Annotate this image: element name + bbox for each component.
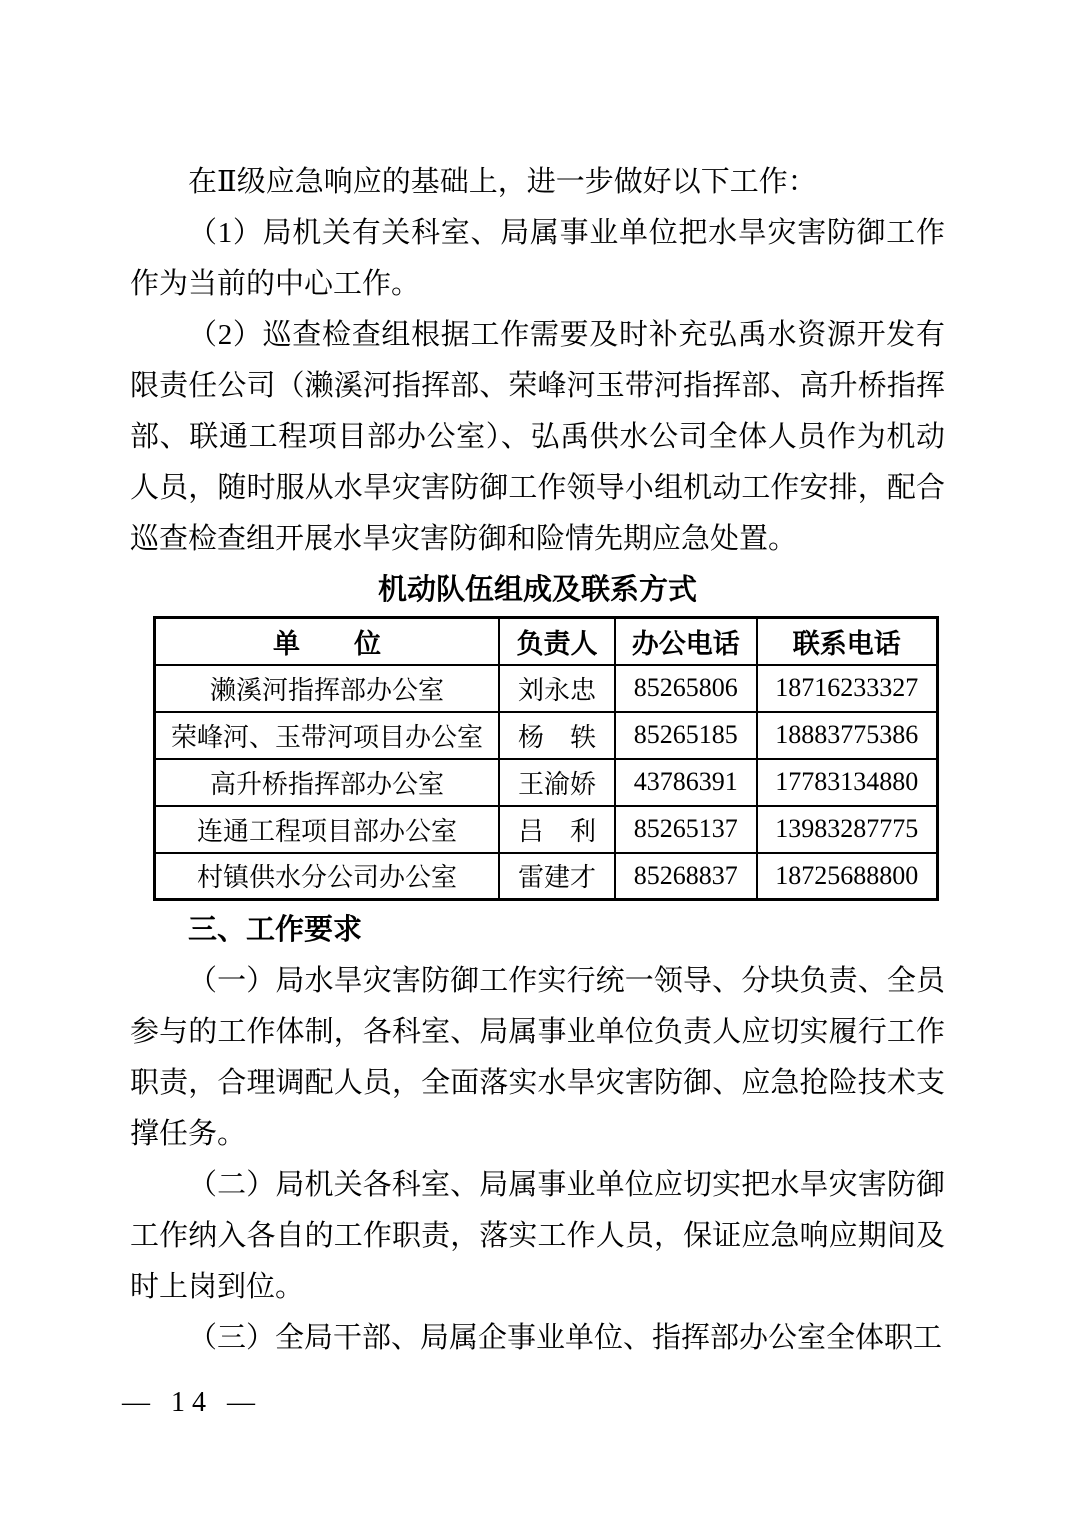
table-row: 荣峰河、玉带河项目办公室 杨 轶 85265185 18883775386 — [155, 712, 938, 759]
cell-unit: 高升桥指挥部办公室 — [155, 759, 500, 806]
cell-office-phone: 85265137 — [615, 806, 757, 853]
cell-contact-phone: 18716233327 — [757, 665, 938, 712]
document-content: 在Ⅱ级应急响应的基础上，进一步做好以下工作： （1）局机关有关科室、局属事业单位… — [130, 0, 945, 1364]
cell-person: 吕 利 — [499, 806, 615, 853]
cell-person: 雷建才 — [499, 853, 615, 900]
cell-unit: 村镇供水分公司办公室 — [155, 853, 500, 900]
cell-unit: 荣峰河、玉带河项目办公室 — [155, 712, 500, 759]
paragraph-item-5: （三）全局干部、局属企事业单位、指挥部办公室全体职工 — [130, 1313, 945, 1364]
column-header-person: 负责人 — [499, 618, 615, 665]
document-page: 在Ⅱ级应急响应的基础上，进一步做好以下工作： （1）局机关有关科室、局属事业单位… — [0, 0, 1074, 1520]
cell-contact-phone: 18725688800 — [757, 853, 938, 900]
cell-office-phone: 85268837 — [615, 853, 757, 900]
table-row: 连通工程项目部办公室 吕 利 85265137 13983287775 — [155, 806, 938, 853]
table-row: 村镇供水分公司办公室 雷建才 85268837 18725688800 — [155, 853, 938, 900]
cell-contact-phone: 17783134880 — [757, 759, 938, 806]
paragraph-item-3: （一）局水旱灾害防御工作实行统一领导、分块负责、全员参与的工作体制，各科室、局属… — [130, 956, 945, 1160]
table-header-row: 单 位 负责人 办公电话 联系电话 — [155, 618, 938, 665]
paragraph-item-1: （1）局机关有关科室、局属事业单位把水旱灾害防御工作作为当前的中心工作。 — [130, 208, 945, 310]
paragraph-intro: 在Ⅱ级应急响应的基础上，进一步做好以下工作： — [130, 157, 945, 208]
cell-person: 刘永忠 — [499, 665, 615, 712]
cell-contact-phone: 18883775386 — [757, 712, 938, 759]
cell-office-phone: 85265806 — [615, 665, 757, 712]
section-heading: 三、工作要求 — [130, 905, 945, 956]
table-row: 高升桥指挥部办公室 王渝娇 43786391 17783134880 — [155, 759, 938, 806]
paragraph-item-2: （2）巡查检查组根据工作需要及时补充弘禹水资源开发有限责任公司（濑溪河指挥部、荣… — [130, 310, 945, 565]
cell-unit: 濑溪河指挥部办公室 — [155, 665, 500, 712]
page-number: — 14 — — [122, 1387, 262, 1419]
paragraph-item-4: （二）局机关各科室、局属事业单位应切实把水旱灾害防御工作纳入各自的工作职责，落实… — [130, 1160, 945, 1313]
cell-office-phone: 85265185 — [615, 712, 757, 759]
cell-person: 杨 轶 — [499, 712, 615, 759]
table-row: 濑溪河指挥部办公室 刘永忠 85265806 18716233327 — [155, 665, 938, 712]
table-title: 机动队伍组成及联系方式 — [130, 565, 945, 616]
cell-unit: 连通工程项目部办公室 — [155, 806, 500, 853]
column-header-unit: 单 位 — [155, 618, 500, 665]
cell-contact-phone: 13983287775 — [757, 806, 938, 853]
column-header-contact-phone: 联系电话 — [757, 618, 938, 665]
cell-office-phone: 43786391 — [615, 759, 757, 806]
cell-person: 王渝娇 — [499, 759, 615, 806]
column-header-office-phone: 办公电话 — [615, 618, 757, 665]
contact-table: 单 位 负责人 办公电话 联系电话 濑溪河指挥部办公室 刘永忠 85265806… — [153, 616, 939, 901]
